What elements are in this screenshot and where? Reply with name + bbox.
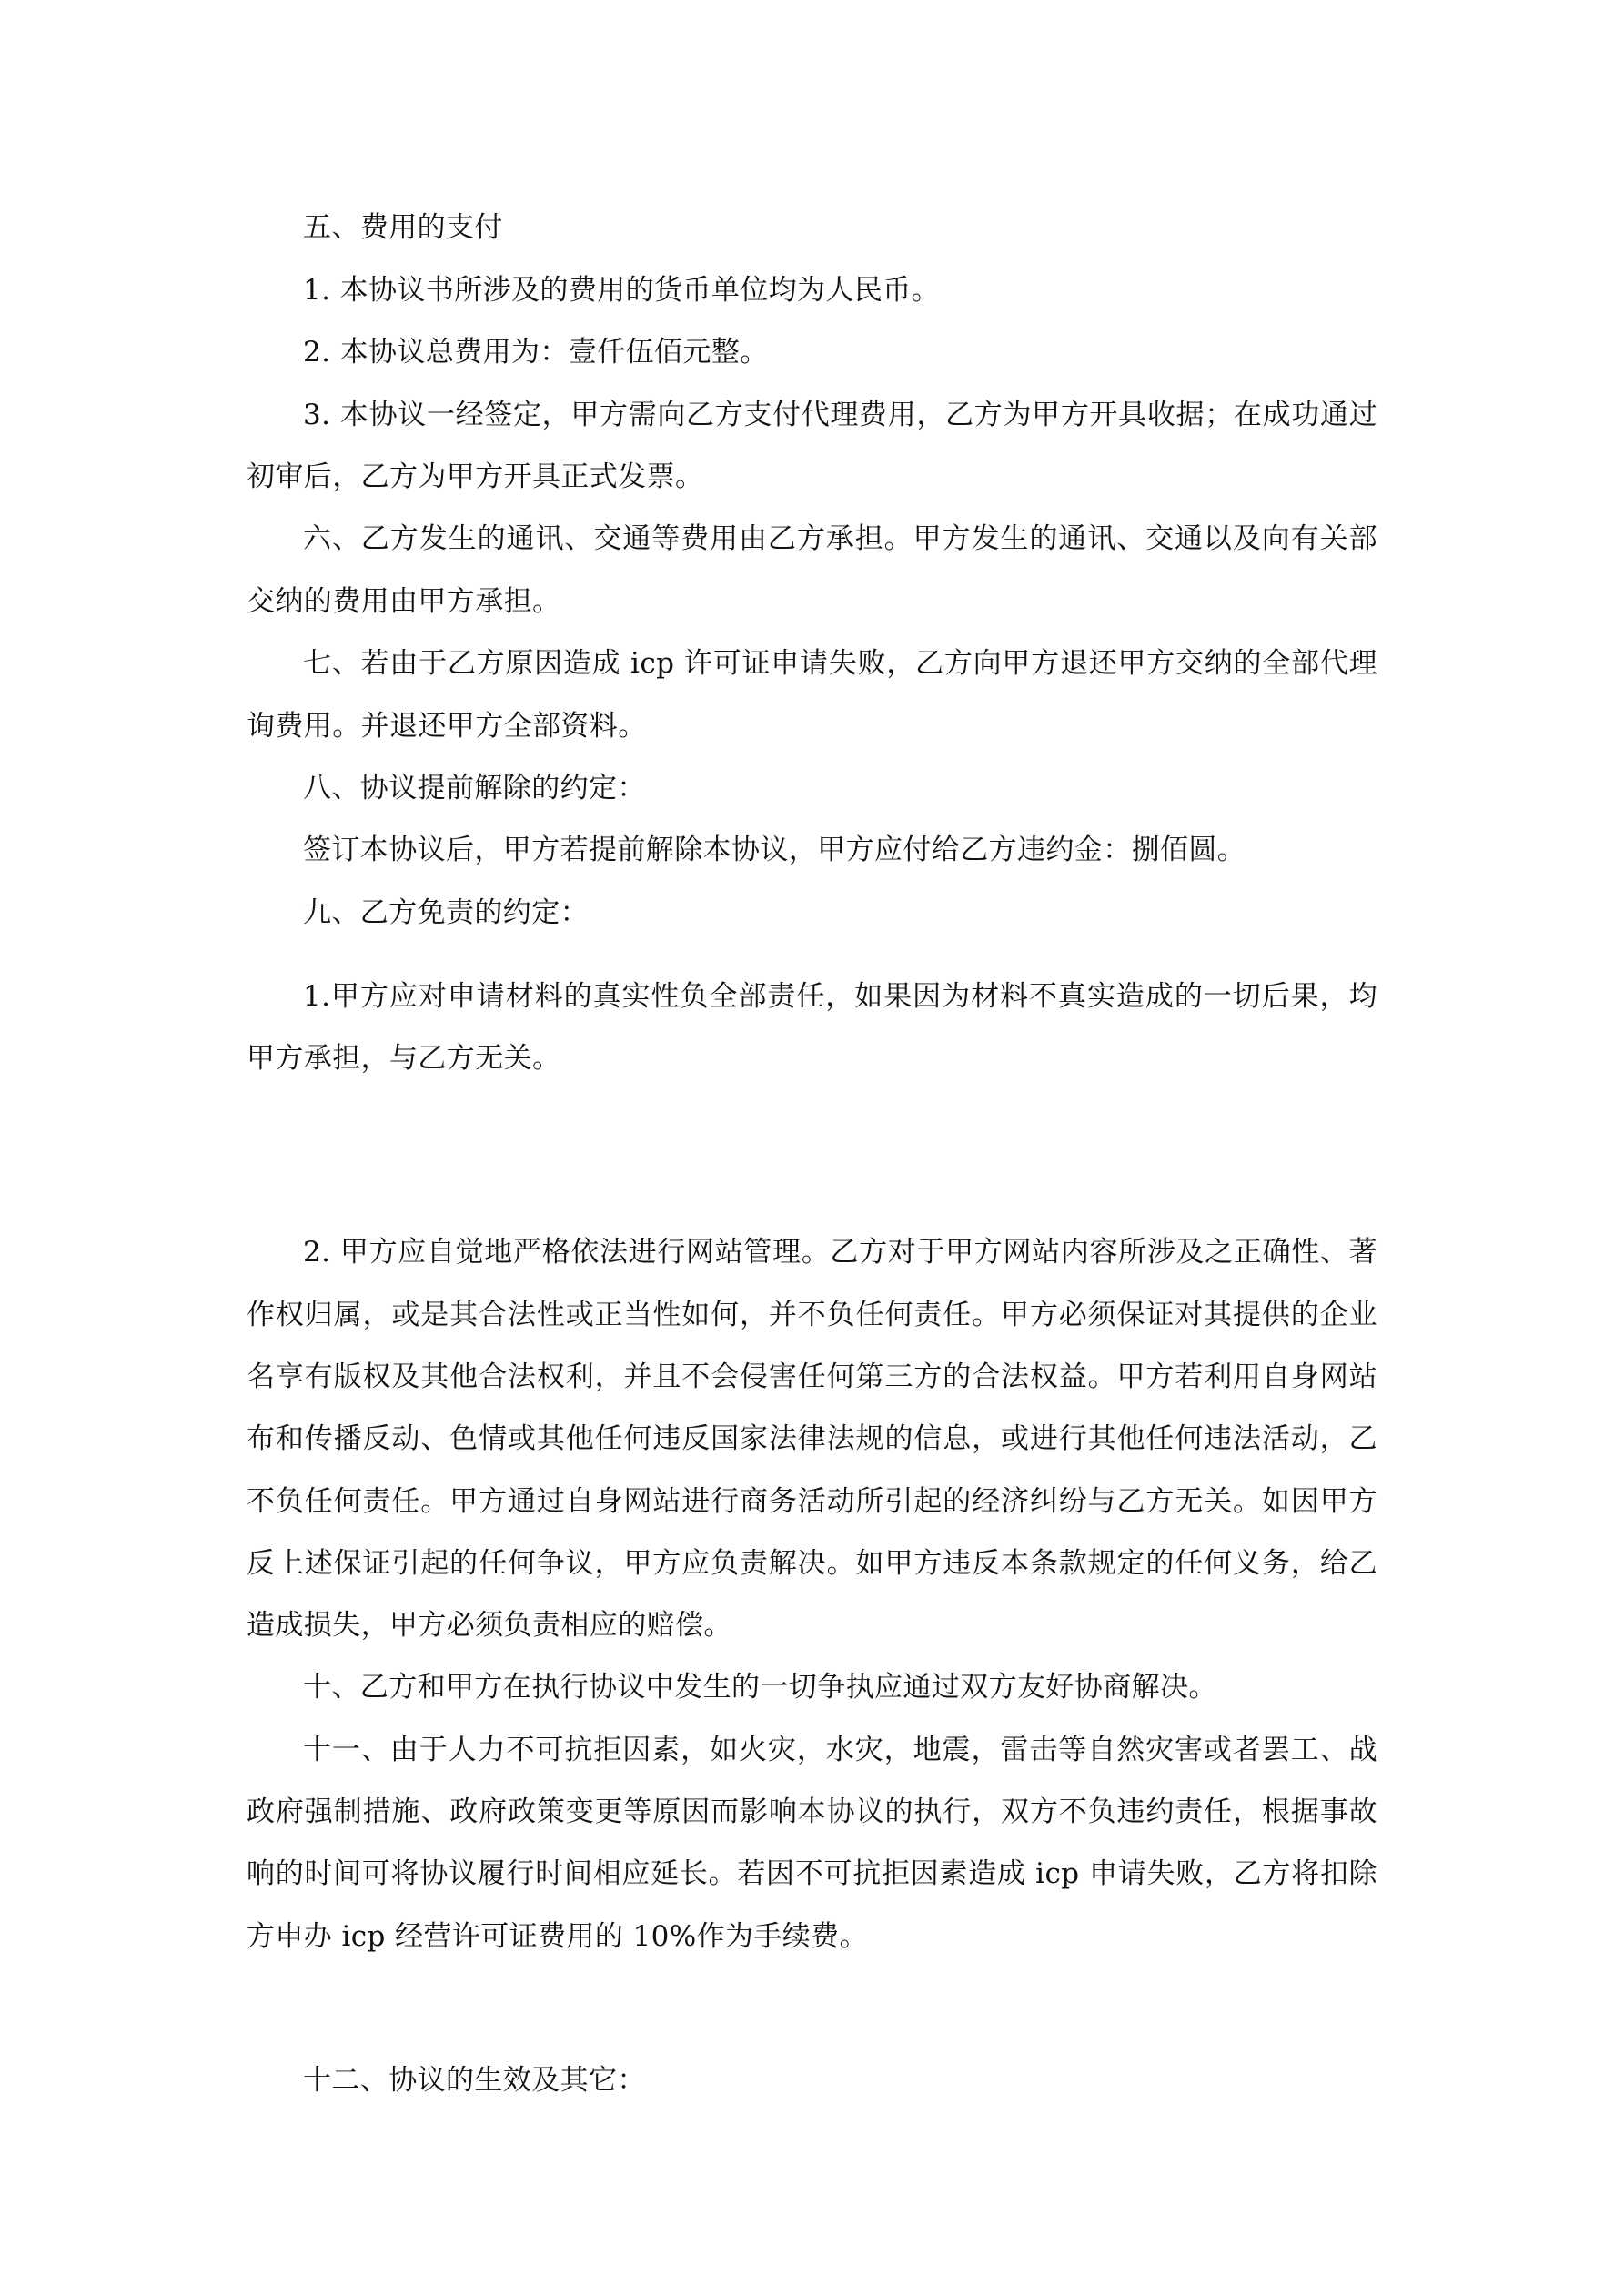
- section-heading-early-termination: 八、协议提前解除的约定：: [303, 770, 646, 806]
- clause-8-body: 签订本协议后，甲方若提前解除本协议，甲方应付给乙方违约金：捌佰圆。: [303, 832, 1246, 868]
- clause-9-1-line-1: 1.甲方应对申请材料的真实性负全部责任，如果因为材料不真实造成的一切后果，均由: [303, 978, 1377, 1015]
- clause-5-1: 1. 本协议书所涉及的费用的货币单位均为人民币。: [303, 272, 940, 308]
- clause-10: 十、乙方和甲方在执行协议中发生的一切争执应通过双方友好协商解决。: [303, 1669, 1217, 1705]
- clause-9-2-line-5: 不负任何责任。甲方通过自身网站进行商务活动所引起的经济纠纷与乙方无关。如因甲方违: [247, 1483, 1377, 1520]
- clause-5-3-line-2: 初审后，乙方为甲方开具正式发票。: [247, 459, 703, 495]
- clause-9-2-line-1: 2. 甲方应自觉地严格依法进行网站管理。乙方对于甲方网站内容所涉及之正确性、著: [303, 1234, 1377, 1270]
- clause-7-line-2: 询费用。并退还甲方全部资料。: [247, 708, 647, 744]
- clause-5-2: 2. 本协议总费用为：壹仟伍佰元整。: [303, 334, 769, 370]
- clause-11-line-3: 响的时间可将协议履行时间相应延长。若因不可抗拒因素造成 icp 申请失败，乙方将…: [247, 1856, 1377, 1892]
- clause-11-line-2: 政府强制措施、政府政策变更等原因而影响本协议的执行，双方不负违约责任，根据事故影: [247, 1794, 1377, 1830]
- clause-11-line-4: 方申办 icp 经营许可证费用的 10%作为手续费。: [247, 1918, 868, 1955]
- clause-6-line-2: 交纳的费用由甲方承担。: [247, 583, 560, 620]
- clause-9-2-line-6: 反上述保证引起的任何争议，甲方应负责解决。如甲方违反本条款规定的任何义务，给乙方: [247, 1545, 1377, 1582]
- clause-9-2-line-3: 名享有版权及其他合法权利，并且不会侵害任何第三方的合法权益。甲方若利用自身网站散: [247, 1359, 1377, 1395]
- clause-9-1-line-2: 甲方承担，与乙方无关。: [247, 1040, 560, 1077]
- clause-5-3-line-1: 3. 本协议一经签定，甲方需向乙方支付代理费用，乙方为甲方开具收据；在成功通过: [303, 397, 1377, 433]
- clause-9-2-line-2: 作权归属，或是其合法性或正当性如何，并不负任何责任。甲方必须保证对其提供的企业域: [247, 1297, 1377, 1333]
- section-heading-fee-payment: 五、费用的支付: [303, 209, 503, 246]
- clause-9-2-line-7: 造成损失，甲方必须负责相应的赔偿。: [247, 1607, 732, 1644]
- section-heading-disclaimer: 九、乙方免责的约定：: [303, 895, 589, 931]
- section-heading-effectiveness: 十二、协议的生效及其它：: [303, 2062, 646, 2099]
- clause-9-2-line-4: 布和传播反动、色情或其他任何违反国家法律法规的信息，或进行其他任何违法活动，乙方: [247, 1421, 1377, 1457]
- document-page: 五、费用的支付 1. 本协议书所涉及的费用的货币单位均为人民币。 2. 本协议总…: [0, 0, 1624, 2296]
- clause-6-line-1: 六、乙方发生的通讯、交通等费用由乙方承担。甲方发生的通讯、交通以及向有关部门: [303, 521, 1377, 557]
- clause-11-line-1: 十一、由于人力不可抗拒因素，如火灾，水灾，地震，雷击等自然灾害或者罢工、战争、: [303, 1732, 1377, 1768]
- clause-7-line-1: 七、若由于乙方原因造成 icp 许可证申请失败，乙方向甲方退还甲方交纳的全部代理…: [303, 645, 1377, 682]
